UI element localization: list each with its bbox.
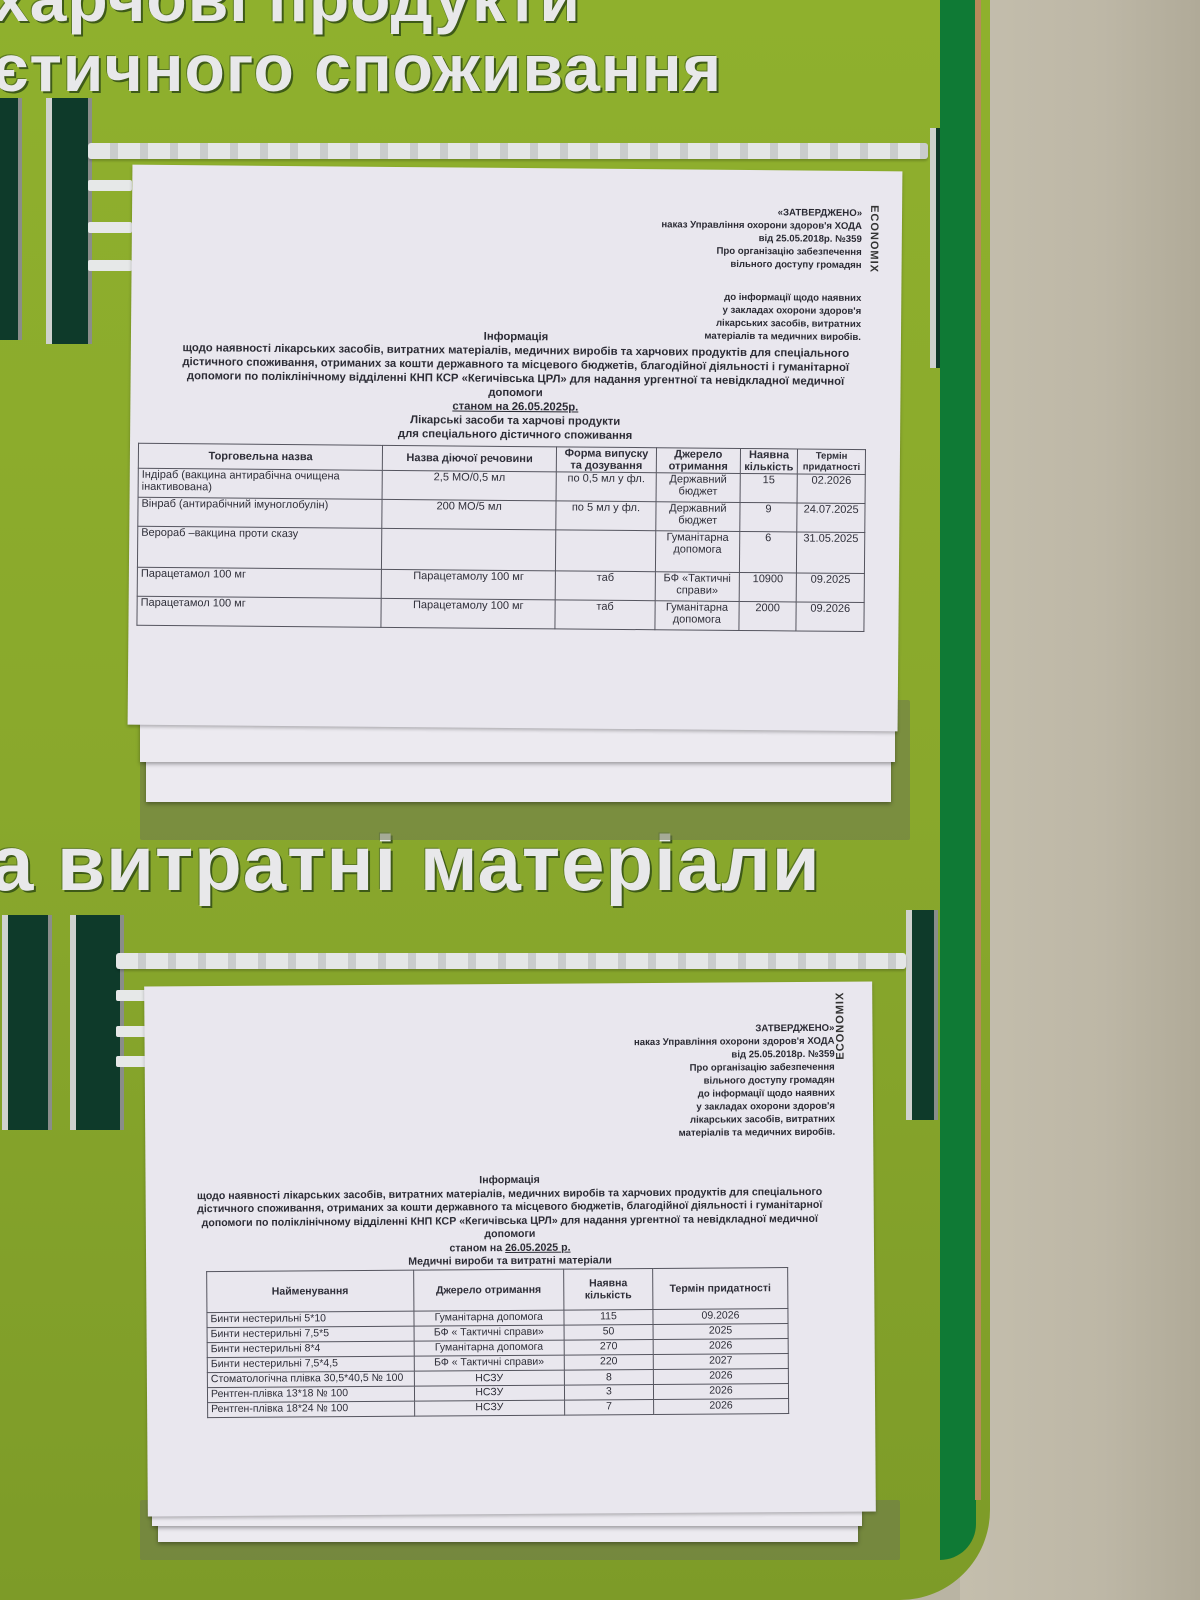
medical-supplies-table: Найменування Джерело отримання Наявна кі… — [206, 1267, 789, 1418]
info-header: Інформація щодо наявності лікарських зас… — [179, 1172, 840, 1271]
table-row: Рентген-плівка 18*24 № 100 НСЗУ 7 2026 — [208, 1399, 789, 1418]
notice-medical-supplies: ECONOMIX ЗАТВЕРДЖЕНО» наказ Управління о… — [144, 981, 876, 1516]
medicines-table: Торговельна назва Назва діючої речовини … — [136, 443, 866, 632]
info-body: щодо наявності лікарських засобів, витра… — [170, 341, 860, 403]
table-header-row: Найменування Джерело отримання Наявна кі… — [207, 1268, 788, 1313]
approval-block: ЗАТВЕРДЖЕНО» наказ Управління охорони зд… — [634, 1022, 835, 1140]
holder-post — [2, 915, 52, 1130]
board-frame-trim — [975, 0, 981, 1500]
table-row: Парацетамол 100 мг Парацетамолу 100 мг т… — [137, 596, 864, 631]
info-body: щодо наявності лікарських засобів, витра… — [180, 1185, 840, 1244]
table-row: Верораб –вакцина проти сказу Гуманітарна… — [137, 526, 864, 573]
holder-post — [70, 915, 124, 1130]
watermark: ECONOMIX — [834, 992, 846, 1060]
holder-arm — [88, 260, 132, 271]
holder-arm — [88, 180, 132, 191]
holder-post — [46, 98, 92, 344]
holder-rail — [88, 143, 928, 159]
info-header: Інформація щодо наявності лікарських зас… — [170, 327, 861, 445]
information-board: харчові продукти єтичного споживання а в… — [0, 0, 990, 1600]
holder-post — [906, 910, 938, 1120]
board-heading-top-line2: єтичного споживання — [0, 30, 722, 106]
holder-post — [0, 98, 22, 340]
holder-rail — [116, 953, 906, 969]
wall — [960, 0, 1200, 1600]
notice-medicines: ECONOMIX «ЗАТВЕРДЖЕНО» наказ Управління … — [128, 165, 903, 732]
holder-arm — [88, 222, 132, 233]
approval-block: «ЗАТВЕРДЖЕНО» наказ Управління охорони з… — [660, 205, 862, 344]
watermark: ECONOMIX — [868, 205, 881, 273]
board-frame-edge — [940, 0, 976, 1560]
